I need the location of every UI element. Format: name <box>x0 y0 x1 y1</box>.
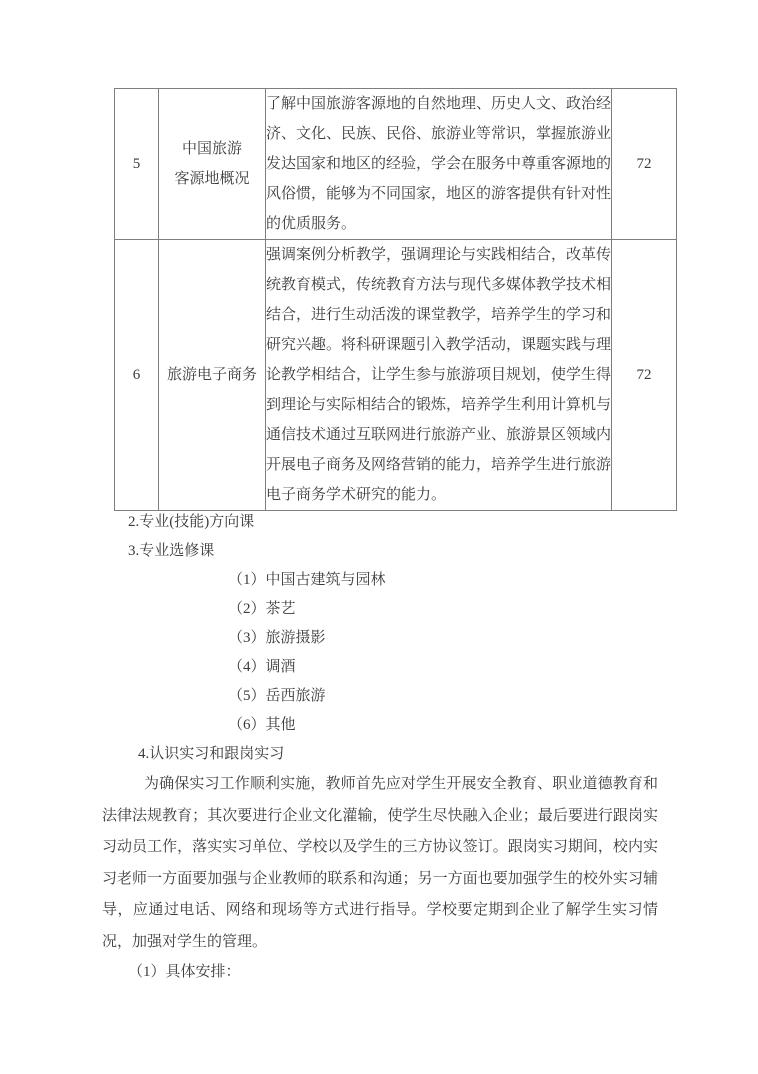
elective-item: （1）中国古建筑与园林 <box>228 566 758 595</box>
course-table: 5 中国旅游 客源地概况 了解中国旅游客源地的自然地理、历史人文、政治经济、文化… <box>114 88 677 511</box>
section-heading-elective-course: 3.专业选修课 <box>128 537 758 566</box>
course-description-cell: 了解中国旅游客源地的自然地理、历史人文、政治经济、文化、民族、民俗、旅游业等常识… <box>266 89 612 240</box>
elective-item: （3）旅游摄影 <box>228 624 758 653</box>
table-row: 5 中国旅游 客源地概况 了解中国旅游客源地的自然地理、历史人文、政治经济、文化… <box>115 89 677 240</box>
course-name-cell: 旅游电子商务 <box>159 240 266 511</box>
internship-paragraph: 为确保实习工作顺利实施，教师首先应对学生开展安全教育、职业道德教育和法律法规教育… <box>102 769 658 958</box>
table-row: 6 旅游电子商务 强调案例分析教学，强调理论与实践相结合，改革传统教育模式，传统… <box>115 240 677 511</box>
elective-item: （5）岳西旅游 <box>228 682 758 711</box>
arrangement-heading: （1）具体安排： <box>128 958 758 987</box>
section-heading-internship: 4.认识实习和跟岗实习 <box>138 740 758 769</box>
elective-item: （6）其他 <box>228 711 758 740</box>
elective-item: （2）茶艺 <box>228 595 758 624</box>
course-hours-cell: 72 <box>612 89 677 240</box>
course-description-cell: 强调案例分析教学，强调理论与实践相结合，改革传统教育模式，传统教育方法与现代多媒… <box>266 240 612 511</box>
section-heading-skill-course: 2.专业(技能)方向课 <box>128 508 758 537</box>
document-page: 5 中国旅游 客源地概况 了解中国旅游客源地的自然地理、历史人文、政治经济、文化… <box>0 0 758 1074</box>
course-name-cell: 中国旅游 客源地概况 <box>159 89 266 240</box>
course-number-cell: 6 <box>115 240 159 511</box>
body-text-area: 2.专业(技能)方向课 3.专业选修课 （1）中国古建筑与园林 （2）茶艺 （3… <box>0 508 758 987</box>
course-number-cell: 5 <box>115 89 159 240</box>
course-hours-cell: 72 <box>612 240 677 511</box>
elective-item: （4）调酒 <box>228 653 758 682</box>
